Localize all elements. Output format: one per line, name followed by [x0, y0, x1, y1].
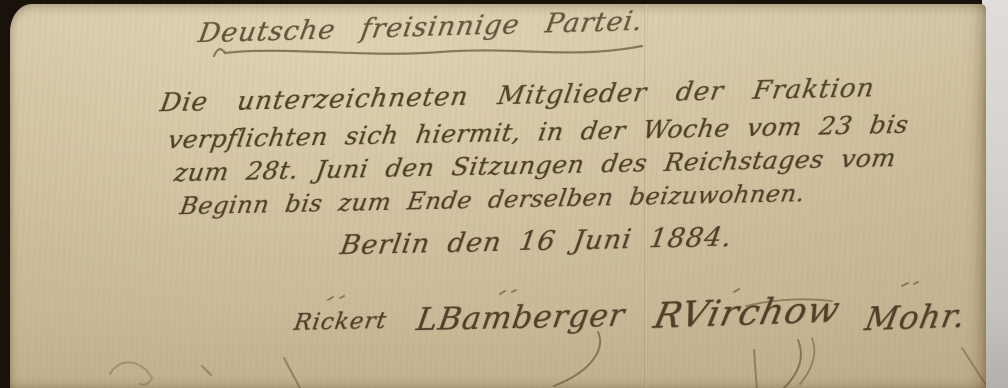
heading-underline	[214, 46, 642, 56]
virchow-descender-2	[800, 338, 814, 384]
body-line-4: Beginn bis zum Ende derselben beizuwohne…	[178, 179, 807, 220]
virchow-descender-1	[784, 340, 801, 388]
signature-rickert: Rickert	[292, 308, 389, 336]
manuscript-paper: Deutsche freisinnige Partei. Die unterze…	[10, 4, 986, 388]
dateline: Berlin den 16 Juni 1884.	[338, 222, 734, 261]
signature-mohr: Mohr.	[862, 297, 969, 338]
bottom-cutoff-stroke-1	[110, 362, 152, 384]
bamberger-flourish	[554, 332, 600, 386]
signature-bamberger: LBamberger	[414, 298, 628, 338]
heading-line: Deutsche freisinnige Partei.	[196, 6, 645, 49]
body-line-1: Die unterzeichneten Mitglieder der Frakt…	[158, 73, 877, 118]
bottom-cutoff-stroke-4	[754, 350, 757, 388]
photo-background: Deutsche freisinnige Partei. Die unterze…	[0, 0, 1008, 388]
bottom-cutoff-stroke-5	[962, 348, 986, 388]
bottom-cutoff-stroke-2	[202, 366, 211, 375]
signature-virchow: RVirchow	[650, 290, 844, 337]
bottom-cutoff-stroke-3	[284, 358, 301, 388]
